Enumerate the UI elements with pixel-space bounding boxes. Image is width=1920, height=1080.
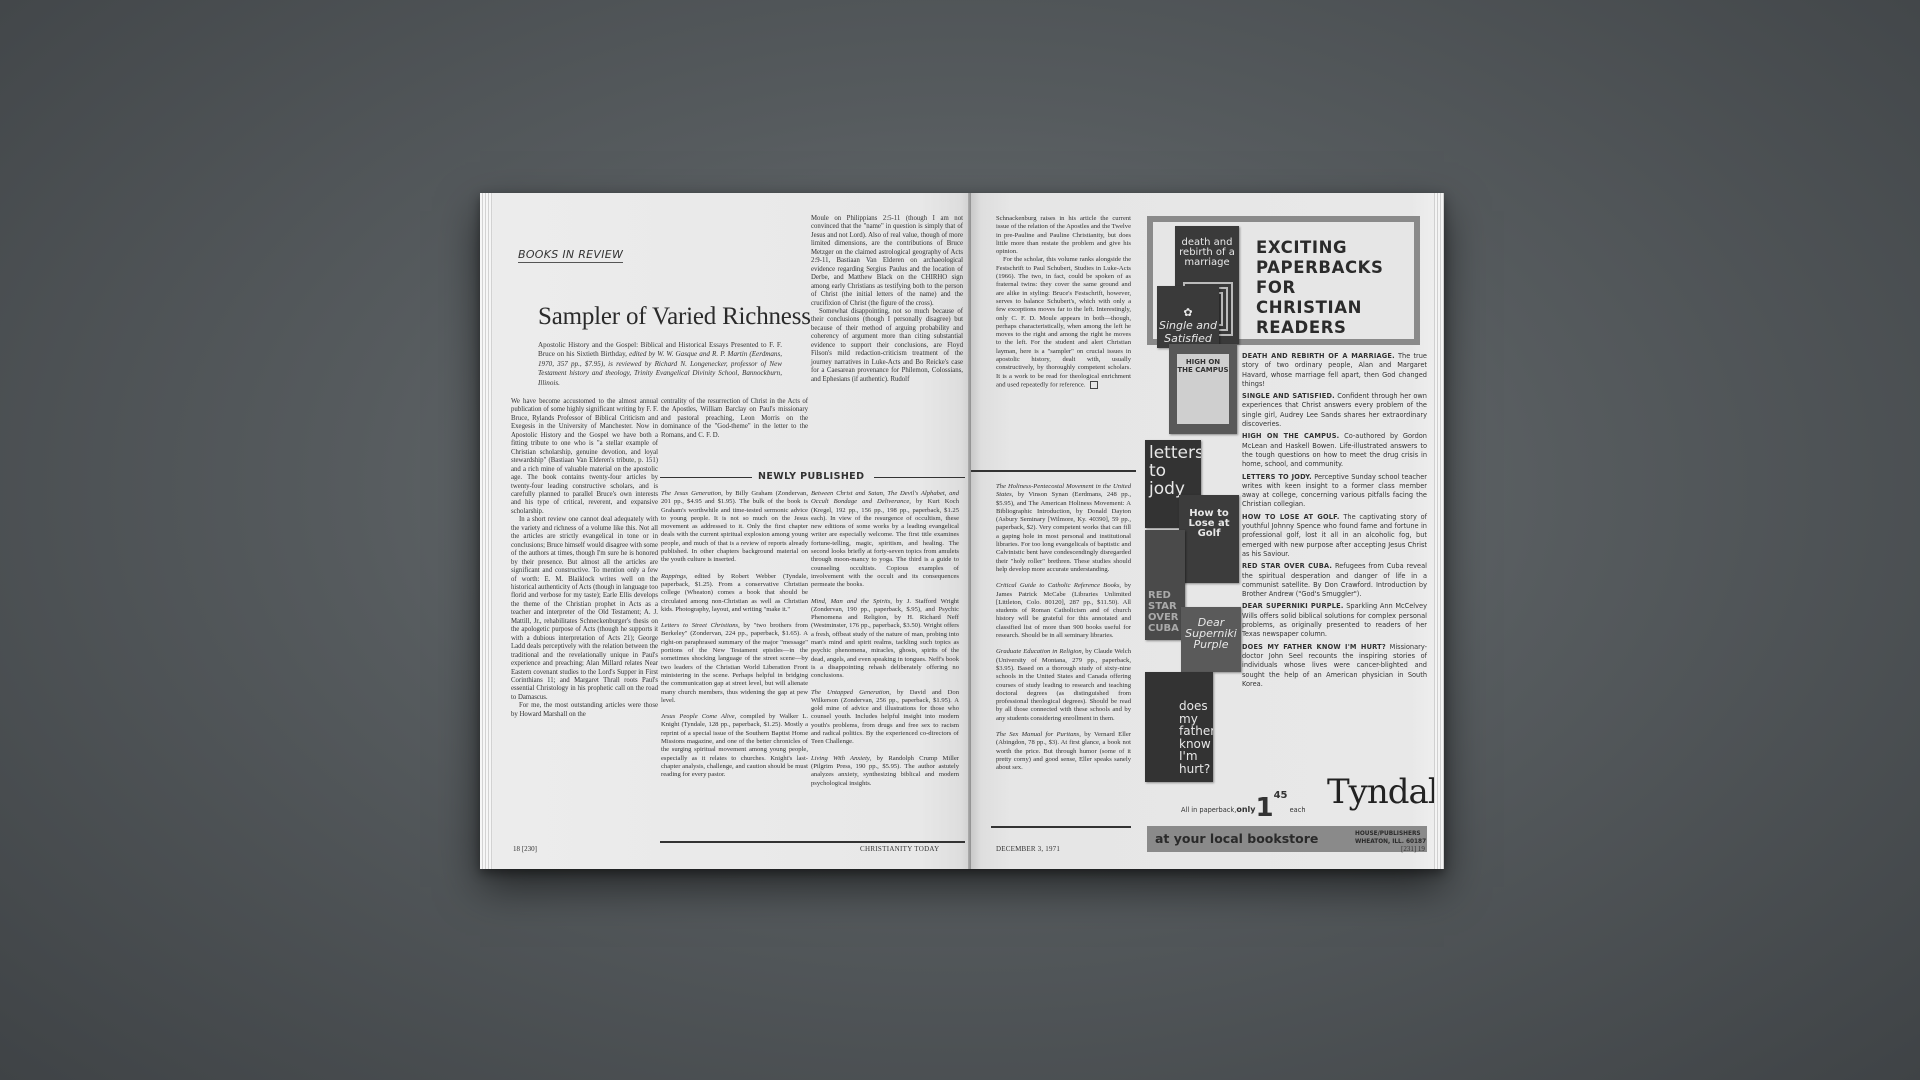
divider — [660, 841, 965, 843]
ad-headline-line: EXCITING — [1256, 238, 1384, 258]
book-cover-single-and-satisfied: ✿Single and Satisfied — [1157, 286, 1219, 348]
tyndale-advertisement: EXCITING PAPERBACKS FOR CHRISTIAN READER… — [1137, 212, 1437, 822]
ad-book-title: HOW TO LOSE AT GOLF. — [1242, 513, 1340, 521]
bookstore-banner: at your local bookstore HOUSE/PUBLISHERS… — [1147, 826, 1427, 852]
ad-book-title: DOES MY FATHER KNOW I'M HURT? — [1242, 643, 1386, 651]
book-notice: Jesus People Come Alive, compiled by Wal… — [661, 713, 808, 779]
paragraph: For me, the most outstanding articles we… — [511, 702, 658, 719]
end-mark-icon — [1090, 381, 1098, 389]
book-notice: Critical Guide to Catholic Reference Boo… — [996, 582, 1131, 640]
price-only: only — [1236, 805, 1255, 814]
book-notice: The Holiness-Pentecostal Movement in the… — [996, 483, 1131, 574]
section-kicker: BOOKS IN REVIEW — [518, 248, 623, 263]
page-edge — [480, 193, 492, 869]
ad-book-title: DEATH AND REBIRTH OF A MARRIAGE. — [1242, 352, 1395, 360]
left-page: BOOKS IN REVIEW Sampler of Varied Richne… — [480, 193, 971, 869]
cover-title: death and rebirth of a marriage — [1175, 238, 1239, 268]
book-notice: Between Christ and Satan, The Devil's Al… — [811, 490, 959, 590]
book-title: The Untapped Generation — [811, 689, 889, 696]
book-title: The Jesus Generation — [661, 490, 721, 497]
book-notice: Living With Anxiety, by Randolph Crump M… — [811, 755, 959, 788]
price-each: each — [1290, 806, 1306, 814]
divider — [971, 470, 1136, 472]
divider — [660, 477, 752, 478]
paragraph: We have become accustomed to the almost … — [511, 398, 658, 516]
newly-published-header: NEWLY PUBLISHED — [660, 471, 965, 483]
book-notice-text: , by Vinson Synan (Eerdmans, 248 pp., $5… — [996, 491, 1131, 573]
book-title: Letters to Street Christians — [661, 622, 738, 629]
book-notice: The Untapped Generation, by David and Do… — [811, 689, 959, 747]
book-cover-does-my-father-know: does my father know I'm hurt? — [1145, 672, 1213, 782]
tyndale-logo: Tyndale — [1327, 772, 1444, 812]
book-notice: Graduate Education in Religion, by Claud… — [996, 648, 1131, 723]
book-cover-how-to-lose-at-golf: How to Lose at Golf — [1179, 495, 1239, 583]
ad-book-title: LETTERS TO JODY. — [1242, 473, 1312, 481]
newly-published-label: NEWLY PUBLISHED — [758, 471, 864, 482]
ad-book-item: HOW TO LOSE AT GOLF. The captivating sto… — [1242, 513, 1427, 559]
price-cents: 45 — [1274, 790, 1288, 801]
issue-date: DECEMBER 3, 1971 — [996, 845, 1060, 853]
ad-book-item: LETTERS TO JODY. Perceptive Sunday schoo… — [1242, 473, 1427, 510]
book-title: Rappings — [661, 573, 686, 580]
cover-title: Dear Superniki Purple — [1181, 617, 1241, 650]
page-number-right: [231] 19 — [1401, 845, 1425, 853]
ad-book-title: SINGLE AND SATISFIED. — [1242, 392, 1335, 400]
cover-title: RED STAR OVER CUBA — [1148, 590, 1182, 634]
paragraph: In a short review one cannot deal adequa… — [511, 516, 658, 702]
cover-title: does my father know I'm hurt? — [1179, 700, 1213, 775]
book-notice-text: , by Billy Graham (Zondervan, 201 pp., $… — [661, 490, 808, 563]
book-cover-dear-superniki-purple: Dear Superniki Purple — [1181, 607, 1241, 672]
cover-title: How to Lose at Golf — [1179, 509, 1239, 539]
cover-title: HIGH ON THE CAMPUS — [1177, 354, 1229, 424]
article-column-2: centrality of the resurrection of Christ… — [661, 398, 808, 440]
cover-title: Single and Satisfied — [1157, 319, 1219, 345]
right-page: Schnackenburg raises in his article the … — [971, 193, 1444, 869]
ad-price: All in paperback,only145 each — [1181, 790, 1306, 823]
article-column-1: We have become accustomed to the almost … — [511, 398, 658, 719]
ad-headline-line: CHRISTIAN — [1256, 298, 1384, 318]
article-continuation-column: Schnackenburg raises in his article the … — [996, 215, 1131, 390]
flower-icon: ✿ — [1157, 306, 1219, 319]
newly-published-column-2: Between Christ and Satan, The Devil's Al… — [811, 490, 959, 796]
book-notice: Rappings, edited by Robert Webber (Tynda… — [661, 573, 808, 614]
magazine-name: CHRISTIANITY TODAY — [860, 845, 940, 853]
book-cover-high-on-the-campus: HIGH ON THE CAMPUS — [1169, 344, 1237, 434]
ad-book-title: RED STAR OVER CUBA. — [1242, 562, 1332, 570]
book-notice: Letters to Street Christians, by "two br… — [661, 622, 808, 705]
divider — [991, 826, 1131, 828]
book-notice: Mind, Man and the Spirits, by J. Staffor… — [811, 598, 959, 681]
paragraph: Moule on Philippians 2:5-11 (though I am… — [811, 215, 963, 308]
paragraph: Somewhat disappointing, not so much beca… — [811, 308, 963, 384]
ad-book-item: DEATH AND REBIRTH OF A MARRIAGE. The tru… — [1242, 352, 1427, 389]
publisher-address: HOUSE/PUBLISHERS WHEATON, ILL. 60187 — [1355, 830, 1426, 846]
book-notice-text: , by Claude Welch (University of Montana… — [996, 648, 1131, 721]
article-column-3: Moule on Philippians 2:5-11 (though I am… — [811, 215, 963, 384]
paragraph: For the scholar, this volume ranks along… — [996, 256, 1131, 389]
ad-book-item: HIGH ON THE CAMPUS. Co-authored by Gordo… — [1242, 432, 1427, 469]
ad-book-item: RED STAR OVER CUBA. Refugees from Cuba r… — [1242, 562, 1427, 599]
publisher-name: HOUSE/PUBLISHERS — [1355, 830, 1426, 838]
ad-headline-line: FOR — [1256, 278, 1384, 298]
book-title: The Sex Manual for Puritans — [996, 731, 1079, 738]
cover-title: letters to jody — [1149, 444, 1197, 498]
paragraph: centrality of the resurrection of Christ… — [661, 398, 808, 440]
price-dollar: 1 — [1255, 793, 1273, 823]
book-title: Graduate Education in Religion — [996, 648, 1082, 655]
book-cover-red-star-over-cuba: RED STAR OVER CUBA — [1145, 530, 1185, 640]
ad-book-item: DEAR SUPERNIKI PURPLE. Sparkling Ann McC… — [1242, 602, 1427, 639]
price-prefix: All in paperback, — [1181, 806, 1236, 814]
book-title: Mind, Man and the Spirits — [811, 598, 890, 605]
book-notice-text: , by J. Stafford Wright (Zondervan, 190 … — [811, 598, 959, 680]
divider — [874, 477, 965, 478]
article-deck: Apostolic History and the Gospel: Biblic… — [538, 341, 782, 388]
ad-book-item: SINGLE AND SATISFIED. Confident through … — [1242, 392, 1427, 429]
book-notice-text: , by James Patrick McCabe (Libraries Unl… — [996, 582, 1131, 639]
ad-headline: EXCITING PAPERBACKS FOR CHRISTIAN READER… — [1256, 238, 1384, 338]
book-notice-text: , by "two brothers from Berkeley" (Zonde… — [661, 622, 808, 704]
paragraph: Schnackenburg raises in his article the … — [996, 215, 1131, 256]
bookstore-text: at your local bookstore — [1155, 831, 1318, 846]
ad-book-list: DEATH AND REBIRTH OF A MARRIAGE. The tru… — [1242, 352, 1427, 692]
book-notice-text: , by David and Don Wilkerson (Zondervan,… — [811, 689, 959, 746]
ad-book-title: HIGH ON THE CAMPUS. — [1242, 432, 1339, 440]
book-notice-text: , compiled by Walker L. Knight (Tyndale,… — [661, 713, 808, 778]
magazine-spread: BOOKS IN REVIEW Sampler of Varied Richne… — [480, 193, 1444, 869]
paragraph-text: For the scholar, this volume ranks along… — [996, 256, 1131, 388]
book-title: Critical Guide to Catholic Reference Boo… — [996, 582, 1119, 589]
book-notices-column: The Holiness-Pentecostal Movement in the… — [996, 483, 1131, 781]
book-notice: The Jesus Generation, by Billy Graham (Z… — [661, 490, 808, 565]
ad-book-title: DEAR SUPERNIKI PURPLE. — [1242, 602, 1344, 610]
ad-headline-line: PAPERBACKS — [1256, 258, 1384, 278]
newly-published-column-1: The Jesus Generation, by Billy Graham (Z… — [661, 490, 808, 788]
book-title: Jesus People Come Alive — [661, 713, 735, 720]
book-title: Living With Anxiety — [811, 755, 870, 762]
book-notice: The Sex Manual for Puritans, by Vernard … — [996, 731, 1131, 772]
page-edge — [1434, 193, 1444, 869]
book-notice-text: , by Kurt Koch (Kregel, 192 pp., 156 pp.… — [811, 498, 959, 588]
ad-headline-line: READERS — [1256, 318, 1384, 338]
ad-book-item: DOES MY FATHER KNOW I'M HURT? Missionary… — [1242, 643, 1427, 689]
page-number-left: 18 [230] — [513, 845, 537, 853]
article-headline: Sampler of Varied Richness — [538, 303, 811, 331]
